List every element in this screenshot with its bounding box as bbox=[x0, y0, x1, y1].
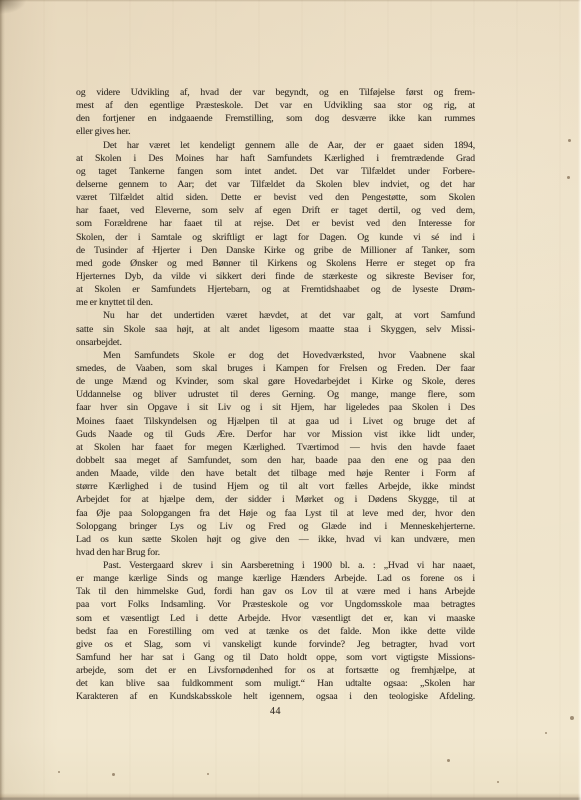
page-corner-shadow bbox=[0, 0, 26, 14]
paragraph: Det har været let kendeligt gennem alle … bbox=[76, 139, 475, 310]
text-line: Solopgang bringer Lys og Liv og Fred og … bbox=[76, 520, 475, 533]
paper-speck bbox=[447, 759, 450, 762]
text-line: hvad den har Brug for. bbox=[76, 546, 475, 559]
paragraph: og videre Udvikling af, hvad der var beg… bbox=[76, 86, 475, 139]
text-line: at Skolen har faaet for megen Kærlighed.… bbox=[76, 441, 475, 454]
text-line: Skolen, der i Samtale og skriftligt er l… bbox=[76, 231, 475, 244]
text-line: med gode Ønsker og med Bønner til Kirken… bbox=[76, 257, 475, 270]
text-line: at Skolen er Samfundets Hjertebarn, og a… bbox=[76, 283, 475, 296]
text-line: større Kærlighed i de tusind Hjem og til… bbox=[76, 480, 475, 493]
paper-speck bbox=[112, 773, 115, 776]
text-line: paa vort Folks Indsamling. Vor Præstesko… bbox=[76, 598, 475, 611]
text-line: at Skolen i Des Moines har haft Samfunde… bbox=[76, 152, 475, 165]
text-line: Det har været let kendeligt gennem alle … bbox=[76, 139, 475, 152]
text-line: Tak til den himmelske Gud, fordi han gav… bbox=[76, 585, 475, 598]
text-line: anden Maade, vilde den have betalt det t… bbox=[76, 467, 475, 480]
text-line: og videre Udvikling af, hvad der var beg… bbox=[76, 86, 475, 99]
text-line: delserne gennem to Aar; det var Tilfælde… bbox=[76, 178, 475, 191]
text-line: har faaet, ved Eleverne, som selv af ege… bbox=[76, 204, 475, 217]
paper-speck bbox=[207, 773, 209, 775]
text-line: som et væsentligt Led i dette Arbejde. H… bbox=[76, 612, 475, 625]
page-top-edge-shadow bbox=[0, 0, 581, 2]
text-line: satte sin Skole saa højt, at alt andet l… bbox=[76, 323, 475, 336]
text-line: er mange kærlige Sinds og mange kærlige … bbox=[76, 572, 475, 585]
text-line: de unge Mænd og Kvinder, som skal gøre H… bbox=[76, 375, 475, 388]
text-line: me er knyttet til den. bbox=[76, 296, 475, 309]
text-line: arbejde, som det er en Livsfornødenhed f… bbox=[76, 664, 475, 677]
text-line: Past. Vestergaard skrev i sin Aarsberetn… bbox=[76, 559, 475, 572]
text-line: faa Øje paa Solopgangen fra det Høje og … bbox=[76, 507, 475, 520]
text-line: som Forældrene har faaet til at rejse. D… bbox=[76, 217, 475, 230]
paragraph: Past. Vestergaard skrev i sin Aarsberetn… bbox=[76, 559, 475, 704]
text-line: Moines faaet Tilskyndelsen og Hjælpen ti… bbox=[76, 415, 475, 428]
text-line: Samfund her har sat i Gang og til Dato h… bbox=[76, 651, 475, 664]
text-line: Uddannelse og bliver udrustet til deres … bbox=[76, 388, 475, 401]
paragraph: Nu har det undertiden været hævdet, at d… bbox=[76, 309, 475, 348]
page-text: og videre Udvikling af, hvad der var beg… bbox=[76, 86, 475, 704]
paper-speck bbox=[570, 716, 574, 720]
text-line: faar hver sin Opgave i sit Liv og i sit … bbox=[76, 401, 475, 414]
paragraph: Men Samfundets Skole er dog det Hovedvær… bbox=[76, 349, 475, 559]
paper-speck bbox=[545, 732, 547, 734]
text-line: onsarbejdet. bbox=[76, 336, 475, 349]
text-line: eller gives her. bbox=[76, 125, 475, 138]
paper-speck bbox=[568, 139, 571, 142]
text-line: Arbejdet for at hjælpe dem, der sidder i… bbox=[76, 493, 475, 506]
text-line: give os et Slag, som vi vanskeligt kunde… bbox=[76, 638, 475, 651]
text-line: dobbelt saa meget af Samfundet, som den … bbox=[76, 454, 475, 467]
page-bottom-edge-shadow bbox=[0, 793, 581, 800]
page-left-edge-shadow bbox=[0, 0, 5, 800]
text-line: det kan blive saa fuldkomment som muligt… bbox=[76, 677, 475, 690]
text-line: de Tusinder af Hjerter i Den Danske Kirk… bbox=[76, 244, 475, 257]
text-line: Nu har det undertiden været hævdet, at d… bbox=[76, 309, 475, 322]
text-line: Men Samfundets Skole er dog det Hovedvær… bbox=[76, 349, 475, 362]
text-line: den fortjener en indgaaende Fremstilling… bbox=[76, 112, 475, 125]
text-line: mest af den egentlige Præsteskole. Det v… bbox=[76, 99, 475, 112]
paper-speck bbox=[58, 771, 60, 773]
paper-speck bbox=[497, 781, 499, 783]
text-line: Lad os kun sætte Skolen højt og give den… bbox=[76, 533, 475, 546]
text-line: Hjerternes Dyb, da vilde vi sikkert deri… bbox=[76, 270, 475, 283]
text-line: været Tilfældet altid siden. Dette er be… bbox=[76, 191, 475, 204]
text-line: og taget Tankerne fangen som intet andet… bbox=[76, 165, 475, 178]
paper-speck bbox=[567, 176, 570, 179]
book-page: og videre Udvikling af, hvad der var beg… bbox=[0, 0, 581, 800]
text-line: Guds Naade og til Guds Ære. Derfor har v… bbox=[76, 428, 475, 441]
text-line: smedes, de Vaaben, som skal bruges i Kam… bbox=[76, 362, 475, 375]
text-line: bedst faa en Forestilling om ved at tænk… bbox=[76, 625, 475, 638]
text-line: Karakteren af en Kundskabsskole helt ige… bbox=[76, 690, 475, 703]
page-number: 44 bbox=[76, 706, 475, 717]
